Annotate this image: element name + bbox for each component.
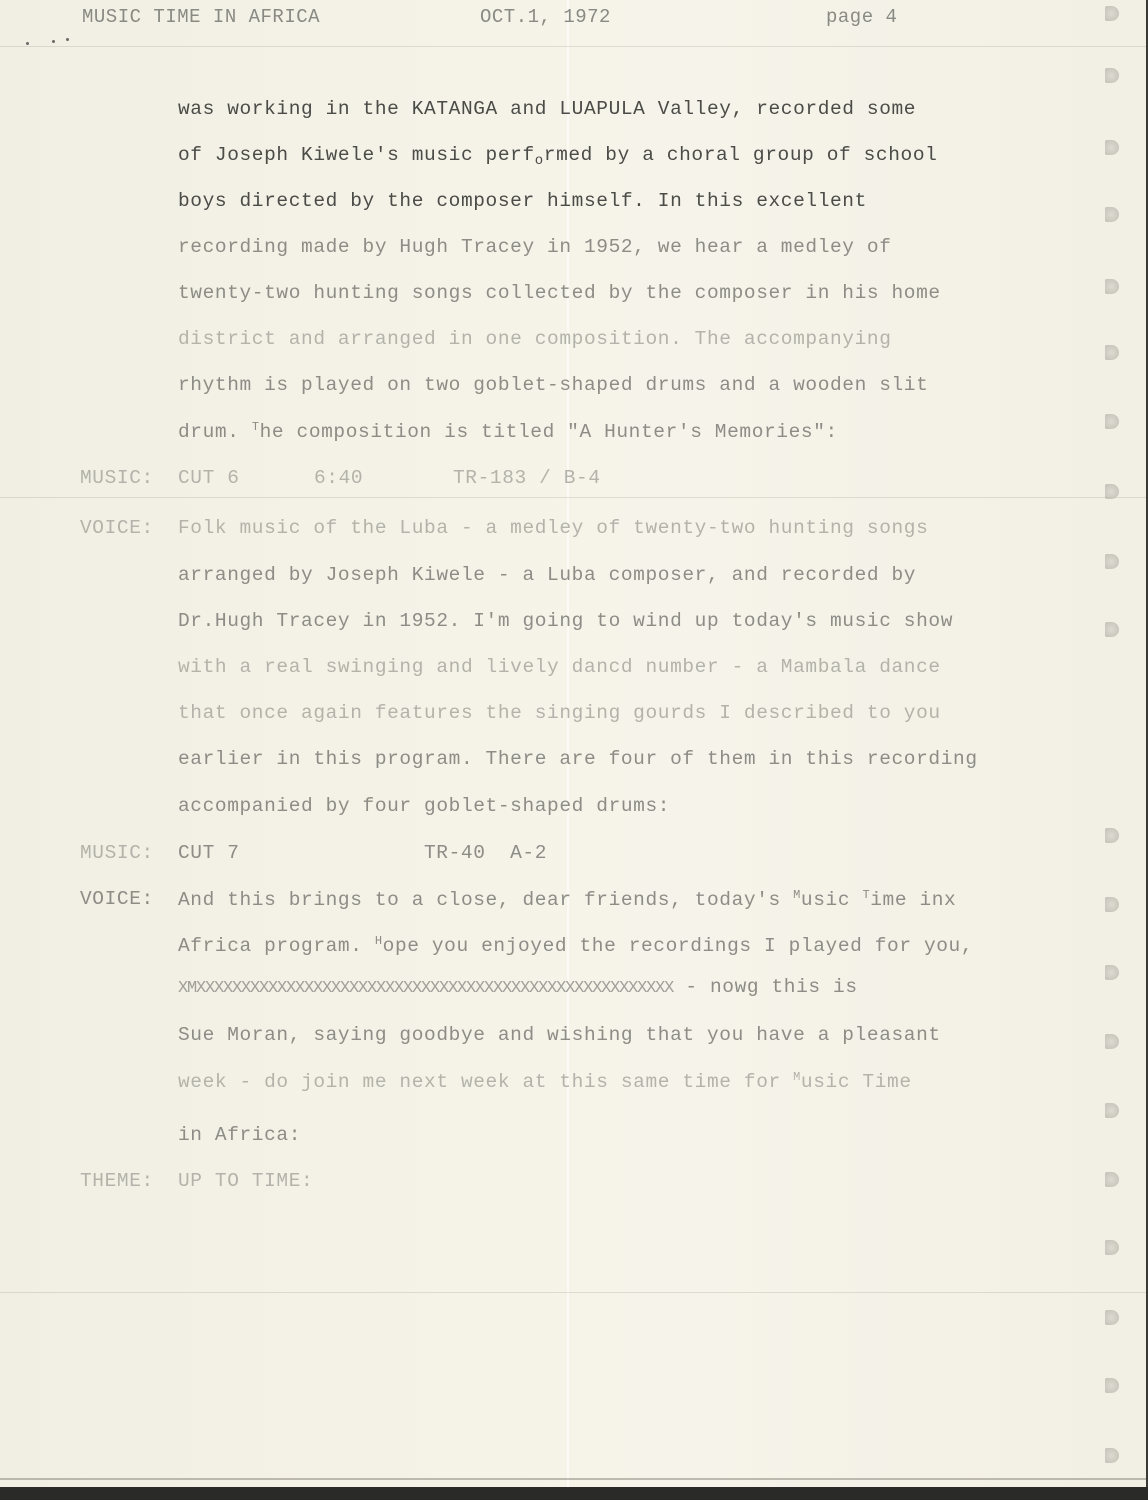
binding-hole bbox=[1105, 897, 1119, 912]
text-line: arranged by Joseph Kiwele - a Luba compo… bbox=[178, 564, 916, 586]
struck-out-text: XMXXXXXXXXXXXXXXXXXXXXXXXXXXXXXXXXXXXXXX… bbox=[178, 979, 673, 998]
paper-crease bbox=[0, 1478, 1146, 1480]
cut-number: CUT 6 bbox=[178, 467, 240, 489]
text-line: district and arranged in one composition… bbox=[178, 328, 892, 350]
superscript-letter: M bbox=[793, 888, 801, 902]
binding-hole bbox=[1105, 1103, 1119, 1118]
paper-crease bbox=[0, 1292, 1146, 1293]
text-line: in Africa: bbox=[178, 1124, 301, 1146]
text-line: Dr.Hugh Tracey in 1952. I'm going to win… bbox=[178, 610, 953, 632]
page-edge bbox=[0, 1487, 1148, 1500]
text-fragment: usic bbox=[801, 889, 863, 911]
superscript-letter: M bbox=[793, 1070, 801, 1084]
subscript-letter: o bbox=[535, 153, 544, 169]
text-fragment: And this brings to a close, dear friends… bbox=[178, 889, 793, 911]
binding-hole bbox=[1105, 1310, 1119, 1325]
paper-fold bbox=[567, 0, 569, 1487]
binding-hole bbox=[1105, 207, 1119, 222]
text-line: And this brings to a close, dear friends… bbox=[178, 888, 956, 911]
cue-label-theme: THEME: bbox=[80, 1170, 154, 1192]
cue-label-voice: VOICE: bbox=[80, 888, 154, 910]
superscript-letter: H bbox=[375, 934, 383, 948]
text-line: XMXXXXXXXXXXXXXXXXXXXXXXXXXXXXXXXXXXXXXX… bbox=[178, 976, 858, 998]
binding-hole bbox=[1105, 414, 1119, 429]
paper-crease bbox=[0, 46, 1146, 47]
binding-hole bbox=[1105, 1034, 1119, 1049]
document-date: OCT.1, 1972 bbox=[480, 6, 611, 28]
track-reference: TR-183 / B-4 bbox=[453, 467, 601, 489]
document-title: MUSIC TIME IN AFRICA bbox=[82, 6, 320, 28]
text-line: earlier in this program. There are four … bbox=[178, 748, 978, 770]
text-line: Folk music of the Luba - a medley of twe… bbox=[178, 517, 928, 539]
text-fragment: Africa program. bbox=[178, 935, 375, 957]
cue-label-voice: VOICE: bbox=[80, 517, 154, 539]
text-fragment: usic Time bbox=[801, 1071, 912, 1093]
text-line: boys directed by the composer himself. I… bbox=[178, 190, 867, 212]
text-line: was working in the KATANGA and LUAPULA V… bbox=[178, 98, 916, 120]
cue-label-music: MUSIC: bbox=[80, 842, 154, 864]
text-line: with a real swinging and lively dancd nu… bbox=[178, 656, 941, 678]
text-line: Africa program. Hope you enjoyed the rec… bbox=[178, 934, 973, 957]
text-fragment: of Joseph Kiwele's music perf bbox=[178, 144, 535, 166]
superscript-letter: T bbox=[252, 420, 260, 434]
binding-hole bbox=[1105, 1448, 1119, 1463]
binding-hole bbox=[1105, 279, 1119, 294]
binding-hole bbox=[1105, 828, 1119, 843]
paper-crease bbox=[0, 497, 1146, 498]
ink-speck bbox=[52, 40, 55, 43]
cut-number: CUT 7 bbox=[178, 842, 240, 864]
ink-speck bbox=[66, 38, 69, 41]
text-line: rhythm is played on two goblet-shaped dr… bbox=[178, 374, 928, 396]
binding-hole bbox=[1105, 1378, 1119, 1393]
text-fragment: week - do join me next week at this same… bbox=[178, 1071, 793, 1093]
text-line: Sue Moran, saying goodbye and wishing th… bbox=[178, 1024, 941, 1046]
binding-hole bbox=[1105, 140, 1119, 155]
text-line: accompanied by four goblet-shaped drums: bbox=[178, 795, 670, 817]
text-line: of Joseph Kiwele's music performed by a … bbox=[178, 144, 937, 169]
theme-text: UP TO TIME: bbox=[178, 1170, 313, 1192]
text-fragment: ime inx bbox=[870, 889, 956, 911]
binding-hole bbox=[1105, 554, 1119, 569]
ink-speck bbox=[26, 42, 29, 45]
text-line: drum. The composition is titled "A Hunte… bbox=[178, 420, 838, 443]
text-fragment: drum. bbox=[178, 421, 252, 443]
text-line: that once again features the singing gou… bbox=[178, 702, 941, 724]
page-number: page 4 bbox=[826, 6, 897, 28]
binding-hole bbox=[1105, 6, 1119, 21]
text-line: twenty-two hunting songs collected by th… bbox=[178, 282, 941, 304]
typewritten-page: MUSIC TIME IN AFRICA OCT.1, 1972 page 4 … bbox=[0, 0, 1148, 1487]
binding-hole bbox=[1105, 965, 1119, 980]
cut-duration: 6:40 bbox=[314, 467, 363, 489]
binding-hole bbox=[1105, 68, 1119, 83]
text-line: recording made by Hugh Tracey in 1952, w… bbox=[178, 236, 892, 258]
text-fragment: rmed by a choral group of school bbox=[544, 144, 938, 166]
binding-hole bbox=[1105, 1172, 1119, 1187]
track-reference: TR-40 A-2 bbox=[424, 842, 547, 864]
text-fragment: ope you enjoyed the recordings I played … bbox=[383, 935, 974, 957]
cue-label-music: MUSIC: bbox=[80, 467, 154, 489]
binding-hole bbox=[1105, 345, 1119, 360]
binding-hole bbox=[1105, 1240, 1119, 1255]
text-line: week - do join me next week at this same… bbox=[178, 1070, 912, 1093]
binding-hole bbox=[1105, 622, 1119, 637]
text-fragment: - nowg this is bbox=[673, 976, 858, 998]
text-fragment: he composition is titled "A Hunter's Mem… bbox=[260, 421, 838, 443]
